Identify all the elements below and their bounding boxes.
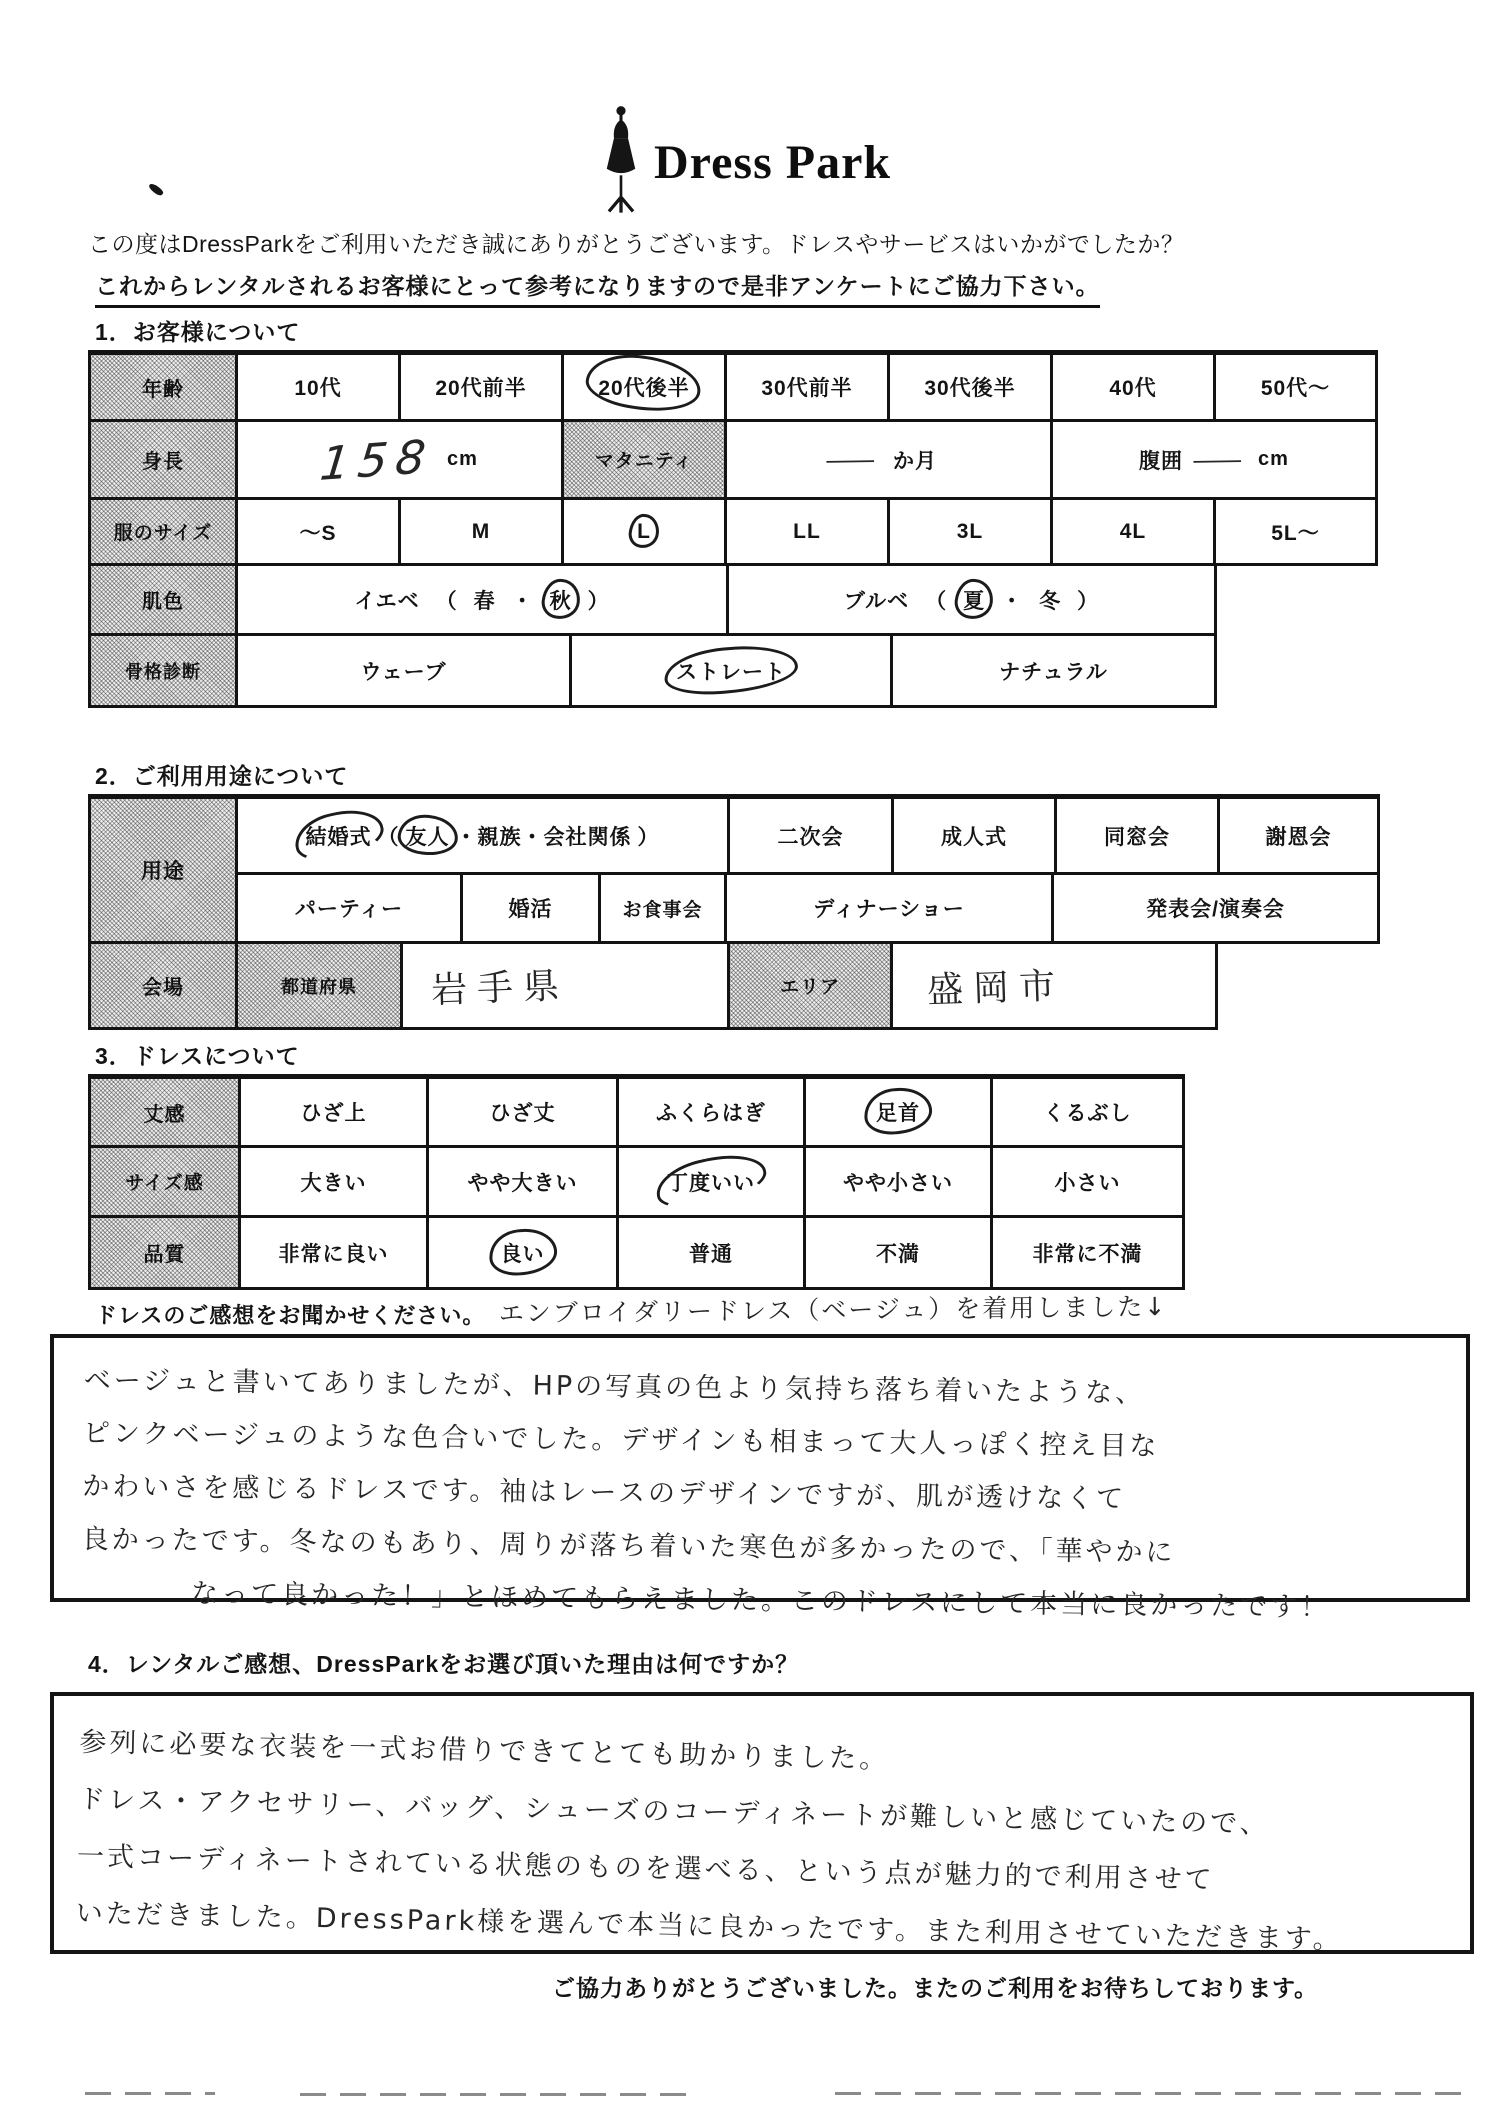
usage-option-comingofage: 成人式 (894, 799, 1057, 872)
length-option-knee: ひざ丈 (429, 1079, 619, 1145)
section1-title: 1．お客様について (95, 314, 300, 347)
size-row: 服のサイズ ～S M L LL 3L 4L 5L～ (88, 500, 1378, 566)
skeleton-row: 骨格診断 ウェーブ ストレート ナチュラル (88, 636, 1217, 708)
length-row-header: 丈感 (91, 1079, 241, 1145)
skin-option-yellowbase: イエベ （ 春 ・ 秋 ） (238, 566, 729, 633)
rental-feedback-text: 参列に必要な衣装を一式お借りできてとても助かりました。 ドレス・アクセサリー、バ… (75, 1714, 1443, 1971)
age-option-late20s: 20代後半 (564, 355, 727, 419)
skeleton-option-straight: ストレート (572, 636, 893, 705)
venue-row-header: 会場 (91, 944, 238, 1027)
length-option-aboveknee: ひざ上 (241, 1079, 429, 1145)
dress-table: 丈感 ひざ上 ひざ丈 ふくらはぎ 足首 くるぶし サイズ感 大きい やや大きい … (88, 1074, 1185, 1290)
length-option-anklebone: くるぶし (993, 1079, 1182, 1145)
months-handwritten-dash: — (823, 445, 885, 474)
area-handwritten: 盛岡市 (926, 958, 1066, 1014)
height-row-header: 身長 (91, 422, 238, 497)
selection-circle-quality: 良い (501, 1238, 545, 1268)
dress-feedback-text: ベージュと書いてありましたが、HPの写真の色より気持ち落ち着いたような、 ピンク… (81, 1354, 1436, 1635)
size-option-l: L (564, 500, 727, 563)
quality-option-good: 良い (429, 1218, 619, 1287)
fit-option-small: 小さい (993, 1148, 1182, 1215)
skeleton-option-natural: ナチュラル (893, 636, 1214, 705)
age-row: 年齢 10代 20代前半 20代後半 30代前半 30代後半 40代 50代～ (88, 350, 1378, 422)
dress-feedback-box: ベージュと書いてありましたが、HPの写真の色より気持ち落ち着いたような、 ピンク… (50, 1334, 1470, 1602)
usage-option-recital: 発表会/演奏会 (1054, 875, 1377, 941)
area-value-cell: 盛岡市 (893, 944, 1215, 1027)
usage-rows: 用途 結婚式 （ 友人 ・親族・会社関係 ） 二次会 成人式 同窓会 謝恩会 (88, 794, 1380, 944)
age-row-header: 年齢 (91, 355, 238, 419)
age-option-early30s: 30代前半 (727, 355, 890, 419)
dress-feedback-handwritten-note: エンブロイダリードレス（ベージュ）を着用しました↓ (499, 1287, 1168, 1330)
selection-circle-skeleton: ストレート (676, 656, 786, 686)
waist-unit: cm (1258, 448, 1289, 471)
skeleton-option-wave: ウェーブ (238, 636, 572, 705)
venue-row: 会場 都道府県 岩手県 エリア 盛岡市 (88, 944, 1218, 1030)
size-option-3l: 3L (890, 500, 1053, 563)
height-unit: cm (447, 448, 478, 471)
scan-line (85, 2092, 215, 2095)
usage-option-dinner: お食事会 (601, 875, 727, 941)
section2-title: 2．ご利用用途について (95, 758, 348, 791)
usage-option-wedding: 結婚式 （ 友人 ・親族・会社関係 ） (238, 799, 730, 872)
age-option-50s: 50代～ (1216, 355, 1375, 419)
selection-circle-friend: 友人 (406, 821, 450, 851)
footer-thanks-text: ご協力ありがとうございました。またのご利用をお待ちしております。 (552, 1970, 1318, 2003)
height-row: 身長 158 cm マタニティ — か月 腹囲 — cm (88, 422, 1378, 500)
fit-row-header: サイズ感 (91, 1148, 241, 1215)
size-option-m: M (401, 500, 564, 563)
dress-feedback-prompt-line: ドレスのご感想をお聞かせください。 エンブロイダリードレス（ベージュ）を着用しま… (95, 1294, 1168, 1330)
prefecture-label-cell: 都道府県 (238, 944, 403, 1027)
dress-form-icon (598, 104, 644, 221)
usage-table: 用途 結婚式 （ 友人 ・親族・会社関係 ） 二次会 成人式 同窓会 謝恩会 (88, 794, 1380, 1030)
usage-row-header: 用途 (91, 799, 238, 941)
skin-option-bluebase: ブルベ （ 夏 ・ 冬 ） (729, 566, 1214, 633)
fit-option-slightlysmall: やや小さい (806, 1148, 993, 1215)
section3-title: 3．ドレスについて (95, 1038, 300, 1071)
prefecture-handwritten: 岩手県 (430, 958, 570, 1014)
age-option-40s: 40代 (1053, 355, 1216, 419)
usage-option-afterparty: 二次会 (730, 799, 894, 872)
selection-circle-age: 20代後半 (598, 372, 689, 402)
quality-option-verygood: 非常に良い (241, 1218, 429, 1287)
fit-option-justright: 丁度いい (619, 1148, 806, 1215)
dresspark-logo: Dress Park (598, 104, 891, 221)
usage-option-reunion: 同窓会 (1057, 799, 1220, 872)
quality-option-normal: 普通 (619, 1218, 806, 1287)
waist-label: 腹囲 (1139, 445, 1183, 475)
scan-line (300, 2093, 690, 2096)
selection-circle-wedding: 結婚式 (306, 821, 372, 851)
size-option-5l: 5L～ (1216, 500, 1375, 563)
selection-circle-size: L (637, 520, 651, 544)
section4-title: 4．レンタルご感想、DressParkをお選び頂いた理由は何ですか？ (88, 1646, 799, 1679)
maternity-cell: マタニティ (564, 422, 727, 497)
height-value-cell: 158 cm (238, 422, 564, 497)
quality-row: 品質 非常に良い 良い 普通 不満 非常に不満 (88, 1218, 1185, 1290)
selection-circle-length: 足首 (876, 1097, 920, 1127)
selection-circle-summer: 夏 (963, 585, 985, 615)
skin-row-header: 肌色 (91, 566, 238, 633)
fit-row: サイズ感 大きい やや大きい 丁度いい やや小さい 小さい (88, 1148, 1185, 1218)
intro-text: この度はDressParkをご利用いただき誠にありがとうございます。ドレスやサー… (88, 226, 1184, 259)
scan-line (835, 2092, 1475, 2095)
quality-option-verydissatisfied: 非常に不満 (993, 1218, 1182, 1287)
rental-feedback-box: 参列に必要な衣装を一式お借りできてとても助かりました。 ドレス・アクセサリー、バ… (50, 1692, 1474, 1954)
length-option-calf: ふくらはぎ (619, 1079, 806, 1145)
maternity-months-cell: — か月 (727, 422, 1053, 497)
selection-circle-fit: 丁度いい (667, 1167, 755, 1197)
usage-option-thanksparty: 謝恩会 (1220, 799, 1377, 872)
age-option-10s: 10代 (238, 355, 401, 419)
scan-ink-mark (148, 182, 165, 197)
skeleton-row-header: 骨格診断 (91, 636, 238, 705)
usage-option-dinnershow: ディナーショー (727, 875, 1054, 941)
size-option-4l: 4L (1053, 500, 1216, 563)
size-option-s: ～S (238, 500, 401, 563)
area-label-cell: エリア (730, 944, 893, 1027)
age-option-early20s: 20代前半 (401, 355, 564, 419)
months-unit: か月 (893, 445, 937, 475)
usage-option-party: パーティー (238, 875, 463, 941)
scanned-survey-page: Dress Park この度はDressParkをご利用いただき誠にありがとうご… (0, 0, 1500, 2127)
quality-row-header: 品質 (91, 1218, 241, 1287)
customer-table: 年齢 10代 20代前半 20代後半 30代前半 30代後半 40代 50代～ … (88, 350, 1378, 708)
length-row: 丈感 ひざ上 ひざ丈 ふくらはぎ 足首 くるぶし (88, 1074, 1185, 1148)
prefecture-value-cell: 岩手県 (403, 944, 730, 1027)
size-option-ll: LL (727, 500, 890, 563)
height-handwritten-value: 158 (318, 429, 437, 491)
usage-option-konkatsu: 婚活 (463, 875, 601, 941)
age-option-late30s: 30代後半 (890, 355, 1053, 419)
size-row-header: 服のサイズ (91, 500, 238, 563)
waist-handwritten-dash: — (1190, 445, 1252, 474)
skin-row: 肌色 イエベ （ 春 ・ 秋 ） ブルベ （ 夏 ・ 冬 ） (88, 566, 1217, 636)
fit-option-slightlybig: やや大きい (429, 1148, 619, 1215)
quality-option-dissatisfied: 不満 (806, 1218, 993, 1287)
dress-feedback-prompt: ドレスのご感想をお聞かせください。 (95, 1299, 485, 1330)
selection-circle-autumn: 秋 (550, 585, 572, 615)
fit-option-big: 大きい (241, 1148, 429, 1215)
waist-cell: 腹囲 — cm (1053, 422, 1375, 497)
intro-request-text: これからレンタルされるお客様にとって参考になりますので是非アンケートにご協力下さ… (95, 268, 1100, 308)
length-option-ankle: 足首 (806, 1079, 993, 1145)
brand-name: Dress Park (654, 135, 891, 190)
